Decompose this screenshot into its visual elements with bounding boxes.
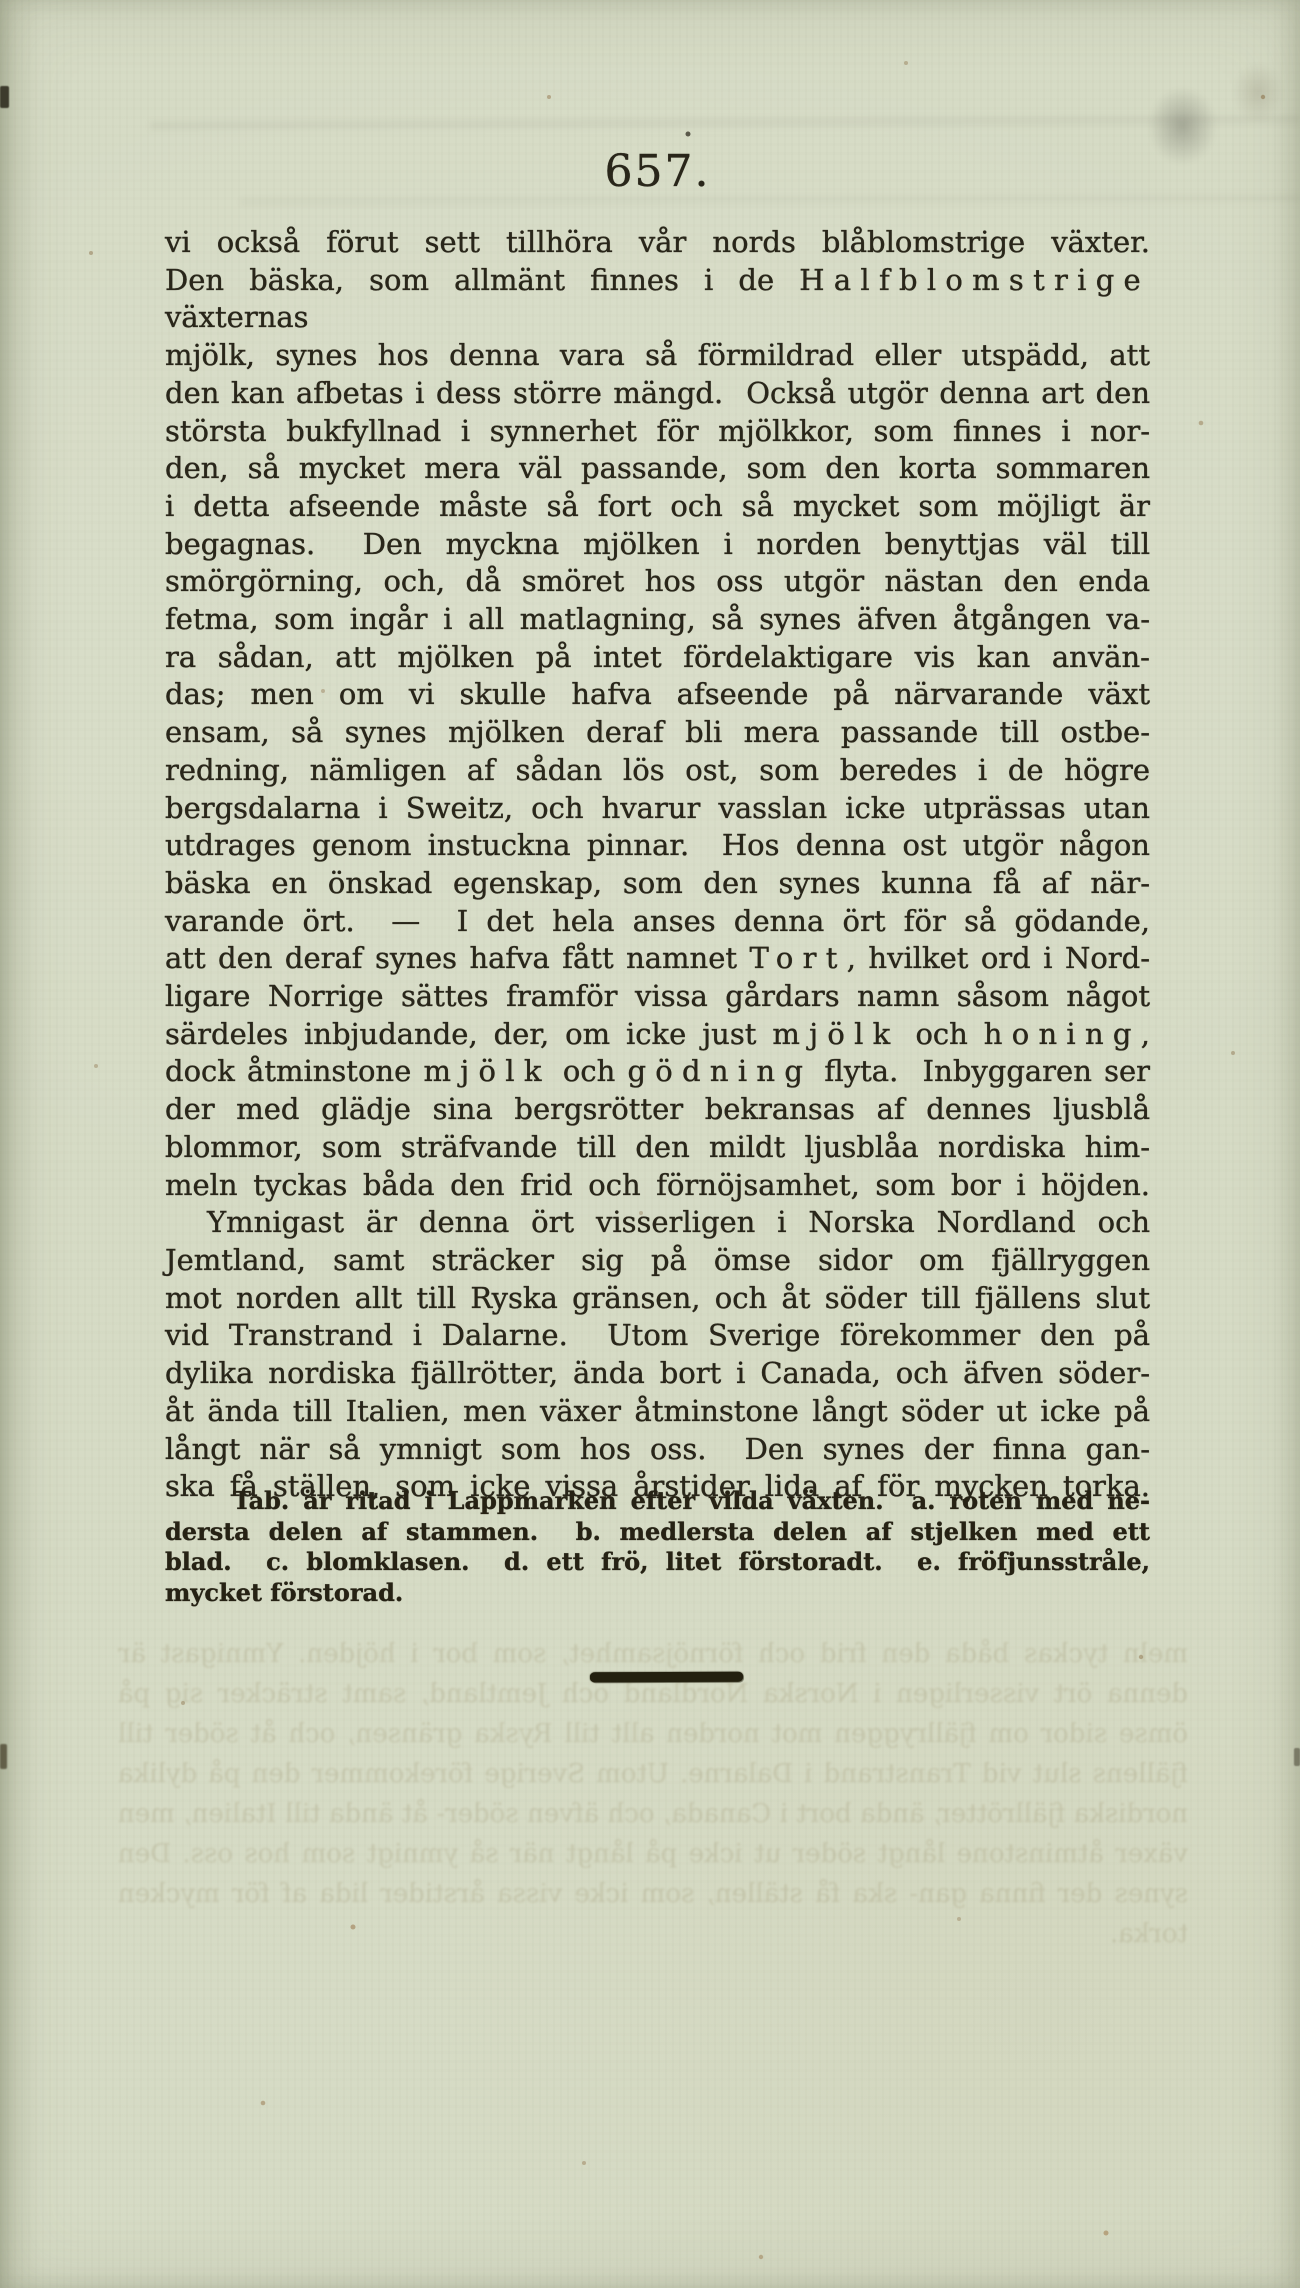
text-line: vi också förut sett tillhöra vår nords b… <box>165 224 1150 262</box>
text-line: mot norden allt till Ryska gränsen, och … <box>165 1280 1150 1318</box>
text-line: vid Transtrand i Dalarne. Utom Sverige f… <box>165 1317 1150 1355</box>
text-segment: i detta afseende måste så fort och så my… <box>165 489 1150 523</box>
text-line: bergsdalarna i Sweitz, och hvarur vassla… <box>165 790 1150 828</box>
text-segment: blommor, som sträfvande till den mildt l… <box>165 1130 1150 1164</box>
text-segment: dylika nordiska fjällrötter, ända bort i… <box>165 1356 1150 1390</box>
text-segment: största bukfyllnad i synnerhet för mjölk… <box>165 414 1150 448</box>
text-segment: ligare Norrige sättes framför vissa gård… <box>165 979 1150 1013</box>
text-line: den, så mycket mera väl passande, som de… <box>165 450 1150 488</box>
emphasized-word: gödning <box>627 1054 812 1088</box>
text-line: i detta afseende måste så fort och så my… <box>165 488 1150 526</box>
paper-crease <box>150 115 1300 130</box>
body-text: vi också förut sett tillhöra vår nords b… <box>165 224 1150 1506</box>
text-line: dylika nordiska fjällrötter, ända bort i… <box>165 1355 1150 1393</box>
text-segment: redning, nämligen af sådan lös ost, som … <box>165 753 1150 787</box>
page-edge-mark <box>0 1744 7 1769</box>
text-segment: dock åtminstone <box>165 1054 423 1088</box>
emphasized-word: Tort <box>750 941 847 975</box>
text-line: bäska en önskad egenskap, som den synes … <box>165 865 1150 903</box>
text-line: utdrages genom instuckna pinnar. Hos den… <box>165 827 1150 865</box>
text-segment: bäska en önskad egenskap, som den synes … <box>165 866 1150 900</box>
page-number: 657. <box>165 146 1150 197</box>
text-segment: ra sådan, att mjölken på intet fördelakt… <box>165 640 1150 674</box>
text-line: Ymnigast är denna ört visserligen i Nors… <box>165 1204 1150 1242</box>
text-segment: långt när så ymnigt som hos oss. Den syn… <box>165 1432 1150 1466</box>
page-edge-mark <box>0 86 9 108</box>
text-segment: utdrages genom instuckna pinnar. Hos den… <box>165 828 1150 862</box>
text-segment: begagnas. Den myckna mjölken i norden be… <box>165 527 1150 561</box>
text-segment: den kan afbetas i dess större mängd. Ock… <box>165 376 1150 410</box>
text-line: den kan afbetas i dess större mängd. Ock… <box>165 375 1150 413</box>
text-line: mycket förstorad. <box>165 1578 1150 1609</box>
paper-speckles <box>0 0 2 2</box>
text-line: das; men om vi skulle hafva afseende på … <box>165 676 1150 714</box>
divider-rule <box>590 1672 743 1683</box>
page-edge-mark <box>1294 1748 1300 1766</box>
text-line: dersta delen af stammen. b. medlersta de… <box>165 1517 1150 1548</box>
text-line: mjölk, synes hos denna vara så förmildra… <box>165 337 1150 375</box>
text-line: fetma, som ingår i all matlagning, så sy… <box>165 601 1150 639</box>
text-line: största bukfyllnad i synnerhet för mjölk… <box>165 413 1150 451</box>
text-segment: och <box>900 1017 984 1051</box>
text-segment: , hvilket ord i Nord- <box>847 941 1150 975</box>
text-line: särdeles inbjudande, der, om icke just m… <box>165 1016 1150 1054</box>
text-segment: att den deraf synes hafva fått namnet <box>165 941 750 975</box>
text-line: smörgörning, och, då smöret hos oss utgö… <box>165 563 1150 601</box>
text-segment: den, så mycket mera väl passande, som de… <box>165 451 1150 485</box>
text-line: varande ört. — I det hela anses denna ör… <box>165 903 1150 941</box>
emphasized-word: mjölk <box>423 1054 550 1088</box>
text-line: blad. c. blomklasen. d. ett frö, litet f… <box>165 1547 1150 1578</box>
text-segment: Tab. är ritad i Lappmarken efter vilda v… <box>233 1486 1150 1515</box>
text-line: Den bäska, som allmänt finnes i de Halfb… <box>165 262 1150 337</box>
figure-caption: Tab. är ritad i Lappmarken efter vilda v… <box>165 1486 1150 1608</box>
text-segment: ensam, så synes mjölken deraf bli mera p… <box>165 715 1150 749</box>
text-line: Jemtland, samt sträcker sig på ömse sido… <box>165 1242 1150 1280</box>
text-segment: dersta delen af stammen. b. medlersta de… <box>165 1517 1150 1546</box>
emphasized-word: mjölk <box>772 1017 899 1051</box>
text-line: ligare Norrige sättes framför vissa gård… <box>165 978 1150 1016</box>
emphasized-word: honing <box>984 1017 1141 1051</box>
text-line: meln tyckas båda den frid och förnöjsamh… <box>165 1167 1150 1205</box>
paper-stain <box>1222 50 1294 135</box>
text-segment: vi också förut sett tillhöra vår nords b… <box>165 225 1150 259</box>
text-segment: der med glädje sina bergsrötter bekransa… <box>165 1092 1150 1126</box>
emphasized-word: Halfblomstrige <box>799 263 1150 297</box>
text-segment: särdeles inbjudande, der, om icke just <box>165 1017 772 1051</box>
text-segment: mot norden allt till Ryska gränsen, och … <box>165 1281 1150 1315</box>
text-line: blommor, som sträfvande till den mildt l… <box>165 1129 1150 1167</box>
text-line: dock åtminstone mjölk och gödning flyta.… <box>165 1053 1150 1091</box>
text-segment: smörgörning, och, då smöret hos oss utgö… <box>165 564 1150 598</box>
text-segment: das; men om vi skulle hafva afseende på … <box>165 677 1150 711</box>
text-segment: mjölk, synes hos denna vara så förmildra… <box>165 338 1150 372</box>
text-segment: och <box>551 1054 628 1088</box>
text-segment: vid Transtrand i Dalarne. Utom Sverige f… <box>165 1318 1150 1352</box>
text-segment: mycket förstorad. <box>165 1578 403 1607</box>
text-segment: Ymnigast är denna ört visserligen i Nors… <box>207 1205 1150 1239</box>
text-segment: Jemtland, samt sträcker sig på ömse sido… <box>165 1243 1150 1277</box>
text-line: åt ända till Italien, men växer åtminsto… <box>165 1393 1150 1431</box>
text-line: långt när så ymnigt som hos oss. Den syn… <box>165 1431 1150 1469</box>
text-line: ra sådan, att mjölken på intet fördelakt… <box>165 639 1150 677</box>
text-line: der med glädje sina bergsrötter bekransa… <box>165 1091 1150 1129</box>
text-segment: meln tyckas båda den frid och förnöjsamh… <box>165 1168 1150 1202</box>
text-segment: bergsdalarna i Sweitz, och hvarur vassla… <box>165 791 1150 825</box>
text-segment: blad. c. blomklasen. d. ett frö, litet f… <box>165 1547 1150 1576</box>
text-line: begagnas. Den myckna mjölken i norden be… <box>165 526 1150 564</box>
text-segment: Den bäska, som allmänt finnes i de <box>165 263 799 297</box>
text-line: Tab. är ritad i Lappmarken efter vilda v… <box>165 1486 1150 1517</box>
text-line: ensam, så synes mjölken deraf bli mera p… <box>165 714 1150 752</box>
scanned-book-page: meln tyckas båda den frid och förnöjsamh… <box>0 0 1300 2288</box>
text-segment: åt ända till Italien, men växer åtminsto… <box>165 1394 1150 1428</box>
text-line: att den deraf synes hafva fått namnet To… <box>165 940 1150 978</box>
text-segment: , <box>1141 1017 1150 1051</box>
text-line: redning, nämligen af sådan lös ost, som … <box>165 752 1150 790</box>
text-segment: flyta. Inbyggaren ser <box>812 1054 1150 1088</box>
text-segment: varande ört. — I det hela anses denna ör… <box>165 904 1150 938</box>
text-segment: fetma, som ingår i all matlagning, så sy… <box>165 602 1150 636</box>
